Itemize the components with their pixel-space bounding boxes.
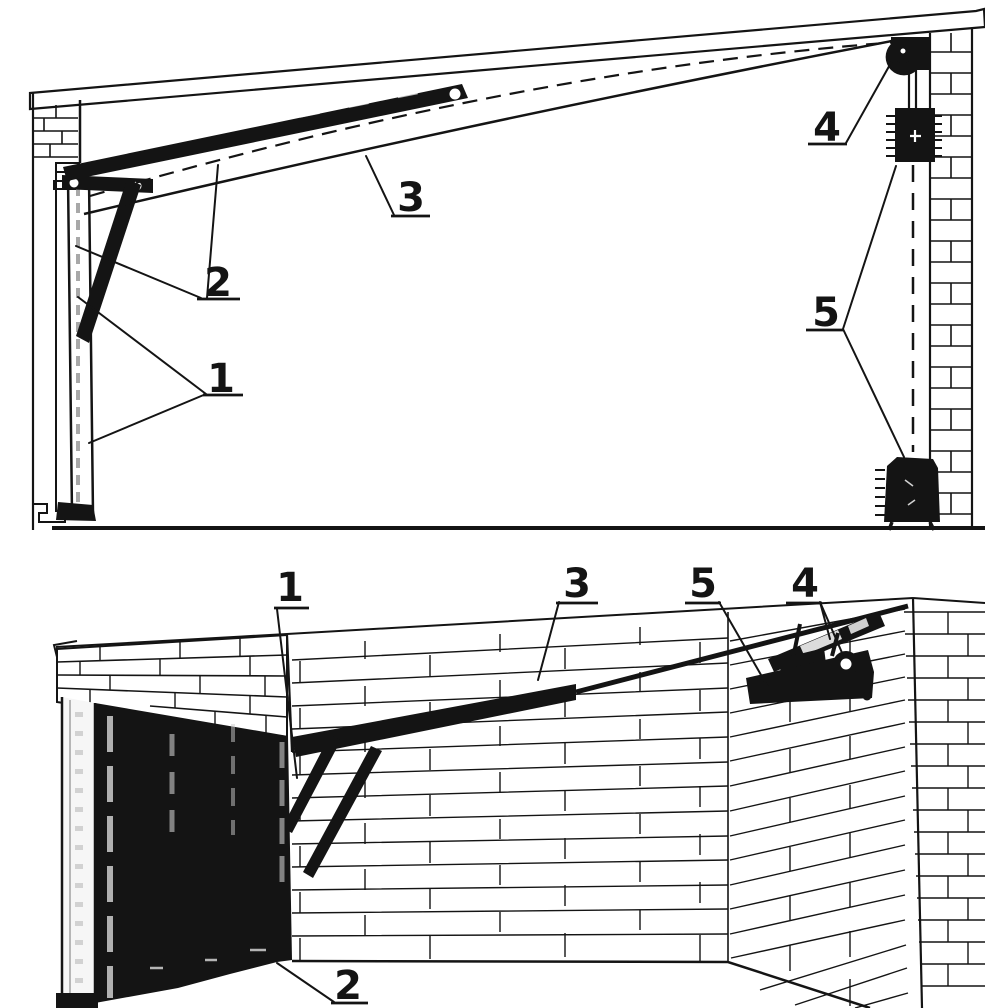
roller-icon <box>450 89 461 100</box>
counterweight-lower <box>875 457 940 530</box>
pier-top-edge <box>913 598 985 603</box>
outer-pier-bricks <box>904 612 985 986</box>
callout-number: 1 <box>276 565 304 611</box>
perspective-view: 1 3 5 4 2 <box>54 561 985 1008</box>
callout-side-1: 1 <box>78 297 243 443</box>
far-corner-edge <box>913 598 922 1008</box>
side-view-section: 1 2 3 4 5 <box>30 9 985 530</box>
callout-number: 2 <box>334 963 362 1008</box>
lever-post <box>56 178 96 521</box>
callout-number: 5 <box>812 290 840 336</box>
callout-persp-2: 2 <box>277 963 368 1008</box>
callout-persp-3: 3 <box>538 561 598 680</box>
callout-side-3: 3 <box>366 156 430 221</box>
callout-side-5: 5 <box>806 166 904 457</box>
counterweight-upper <box>886 108 942 162</box>
callout-number: 2 <box>204 260 232 306</box>
callout-number: 1 <box>207 356 235 402</box>
rear-wall-bricks <box>930 29 972 528</box>
pulley <box>886 37 930 108</box>
callout-number: 3 <box>563 561 591 607</box>
callout-number: 5 <box>689 561 717 607</box>
front-wall-brick-hatch <box>33 105 78 157</box>
callout-side-4: 4 <box>808 61 892 151</box>
door-jamb <box>56 697 98 1008</box>
roof-beam <box>30 9 985 109</box>
technical-figure: 1 2 3 4 5 <box>0 0 985 1008</box>
callout-number: 4 <box>813 105 841 151</box>
front-wall <box>33 92 80 530</box>
garage-door-leaf <box>95 703 292 1003</box>
callout-number: 3 <box>397 175 425 221</box>
floor-edge <box>292 961 870 1008</box>
diagram-canvas: 1 2 3 4 5 <box>0 0 985 1008</box>
callout-number: 4 <box>791 561 819 607</box>
post-foot <box>56 502 96 521</box>
jamb-foot <box>56 993 98 1008</box>
callout-persp-5: 5 <box>685 561 768 687</box>
